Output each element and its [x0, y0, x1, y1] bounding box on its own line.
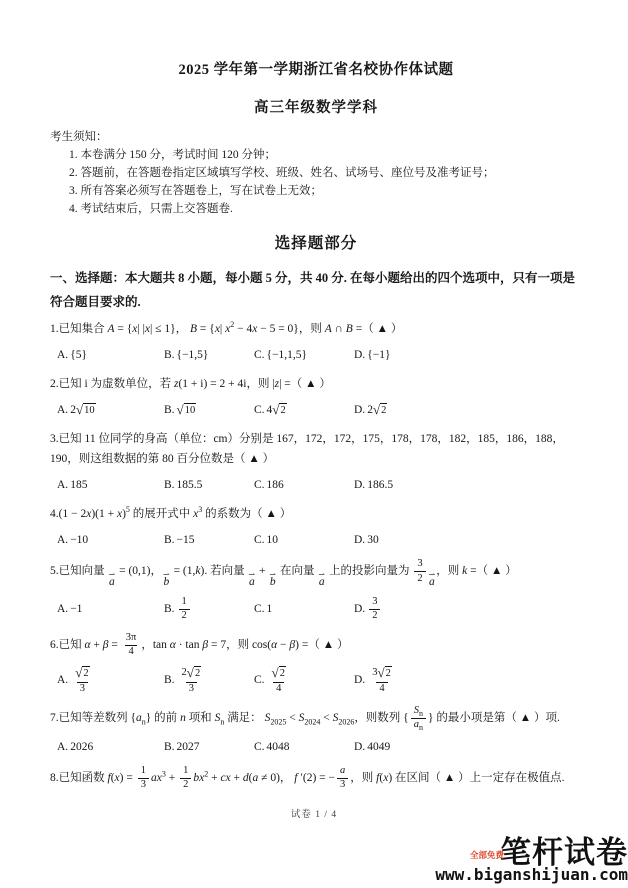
option-label: B.: [164, 741, 175, 753]
vector-symbol: ⇀a: [248, 572, 255, 589]
question-2: 2.已知 i 为虚数单位，若 z(1 + i) = 2 + 4i，则 |z| =…: [50, 374, 582, 418]
fraction: 12: [179, 597, 190, 622]
option-label: A.: [57, 404, 68, 416]
option-label: D.: [354, 741, 365, 753]
question-3-option-C: C.186: [254, 479, 354, 491]
watermark-url: www.biganshijuan.com: [435, 867, 628, 884]
page-content: 2025 学年第一学期浙江省名校协作体试题 高三年级数学学科 考生须知： 1. …: [0, 0, 628, 791]
question-2-option-C: C.4√2: [254, 403, 354, 418]
watermark-tag: 全部免费: [470, 849, 504, 861]
sqrt-expression: √10: [177, 403, 197, 418]
fraction: Snan: [411, 706, 426, 731]
notice-list: 1. 本卷满分 150 分，考试时间 120 分钟；2. 答题前，在答题卷指定区…: [50, 146, 582, 218]
question-4-option-A: A.−10: [57, 534, 164, 546]
option-label: A.: [57, 479, 68, 491]
option-label: A.: [57, 674, 68, 686]
option-label: C.: [254, 741, 265, 753]
question-6-option-A: A.√23: [57, 666, 164, 695]
question-7-option-C: C.4048: [254, 741, 354, 753]
notice-item: 4. 考试结束后，只需上交答题卷.: [50, 200, 582, 218]
question-8-stem: 8.已知函数 f(x) = 13ax3 + 12bx2 + cx + d(a ≠…: [50, 766, 582, 791]
fraction: 32: [414, 559, 425, 584]
option-label: B.: [164, 534, 175, 546]
question-5-option-C: C.1: [254, 603, 354, 615]
question-3: 3.已知 11 位同学的身高（单位：cm）分别是 167，172，172，175…: [50, 429, 582, 493]
option-label: C.: [254, 534, 265, 546]
fraction: 32: [369, 597, 380, 622]
vector-symbol: ⇀a: [318, 572, 325, 589]
watermark-row: 全部免费 笔杆试卷: [435, 839, 628, 868]
fraction: 13: [138, 766, 149, 791]
question-7-option-D: D.4049: [354, 741, 582, 753]
notice-title: 考生须知：: [50, 128, 582, 146]
question-2-option-B: B.√10: [164, 403, 254, 418]
question-8: 8.已知函数 f(x) = 13ax3 + 12bx2 + cx + d(a ≠…: [50, 766, 582, 791]
question-7-options: A.2026B.2027C.4048D.4049: [50, 739, 582, 755]
question-5: 5.已知向量 ⇀a = (0,1)，⇀b = (1,k). 若向量 ⇀a + ⇀…: [50, 559, 582, 622]
option-label: D.: [354, 404, 365, 416]
question-1-option-A: A.{5}: [57, 349, 164, 361]
question-1-option-D: D.{−1}: [354, 349, 582, 361]
option-label: B.: [164, 479, 175, 491]
option-label: A.: [57, 349, 68, 361]
section-title: 选择题部分: [50, 231, 582, 253]
question-7-stem: 7.已知等差数列 {an} 的前 n 项和 Sn 满足： S2025 < S20…: [50, 706, 582, 731]
option-label: A.: [57, 534, 68, 546]
question-3-stem: 3.已知 11 位同学的身高（单位：cm）分别是 167，172，172，175…: [50, 429, 582, 469]
watermark-brand: 笔杆试卷: [500, 839, 628, 868]
question-6-options: A.√23B.2√23C.√24D.3√24: [50, 666, 582, 695]
vector-symbol: ⇀a: [109, 572, 116, 589]
option-label: C.: [254, 603, 265, 615]
option-label: B.: [164, 349, 175, 361]
question-4-option-C: C.10: [254, 534, 354, 546]
question-3-option-A: A.185: [57, 479, 164, 491]
option-label: D.: [354, 534, 365, 546]
option-label: D.: [354, 479, 365, 491]
question-4-option-B: B.−15: [164, 534, 254, 546]
question-6-stem: 6.已知 α + β = 3π4，tan α · tan β = 7，则 cos…: [50, 633, 582, 658]
fraction: 12: [180, 766, 191, 791]
question-4-option-D: D.30: [354, 534, 582, 546]
fraction: 2√23: [179, 666, 205, 695]
question-7-option-B: B.2027: [164, 741, 254, 753]
option-label: B.: [164, 603, 175, 615]
vector-symbol: ⇀a: [429, 572, 436, 589]
fraction: √23: [72, 666, 92, 695]
fraction: 3π4: [123, 633, 140, 658]
vector-symbol: ⇀b: [163, 572, 170, 589]
option-label: B.: [164, 404, 175, 416]
watermark: 全部免费 笔杆试卷 www.biganshijuan.com: [435, 839, 628, 884]
sqrt-expression: √2: [377, 666, 391, 681]
fraction: √24: [269, 666, 289, 695]
sqrt-expression: √2: [187, 666, 201, 681]
question-2-option-D: D.2√2: [354, 403, 582, 418]
question-6-option-B: B.2√23: [164, 666, 254, 695]
option-label: C.: [254, 349, 265, 361]
question-5-option-B: B.12: [164, 597, 254, 622]
notice-item: 1. 本卷满分 150 分，考试时间 120 分钟；: [50, 146, 582, 164]
question-1-options: A.{5}B.{−1,5}C.{−1,1,5}D.{−1}: [50, 347, 582, 363]
exam-title: 2025 学年第一学期浙江省名校协作体试题: [50, 58, 582, 79]
sqrt-expression: √2: [373, 403, 387, 418]
vector-symbol: ⇀b: [269, 572, 276, 589]
question-6-option-C: C.√24: [254, 666, 354, 695]
question-4-options: A.−10B.−15C.10D.30: [50, 532, 582, 548]
question-6: 6.已知 α + β = 3π4，tan α · tan β = 7，则 cos…: [50, 633, 582, 695]
question-1-option-B: B.{−1,5}: [164, 349, 254, 361]
question-2-stem: 2.已知 i 为虚数单位，若 z(1 + i) = 2 + 4i，则 |z| =…: [50, 374, 582, 394]
question-5-stem: 5.已知向量 ⇀a = (0,1)，⇀b = (1,k). 若向量 ⇀a + ⇀…: [50, 559, 582, 589]
notice-item: 3. 所有答案必须写在答题卷上，写在试卷上无效；: [50, 182, 582, 200]
sqrt-expression: √2: [272, 403, 286, 418]
exam-subtitle: 高三年级数学学科: [50, 96, 582, 117]
sqrt-expression: √2: [272, 666, 286, 681]
option-label: C.: [254, 404, 265, 416]
question-4: 4.(1 − 2x)(1 + x)5 的展开式中 x3 的系数为（ ▲ ）A.−…: [50, 504, 582, 548]
question-1-stem: 1.已知集合 A = {x| |x| ≤ 1}， B = {x| x2 − 4x…: [50, 319, 582, 339]
question-5-option-D: D.32: [354, 597, 582, 622]
candidate-notice: 考生须知： 1. 本卷满分 150 分，考试时间 120 分钟；2. 答题前，在…: [50, 128, 582, 218]
question-6-option-D: D.3√24: [354, 666, 582, 695]
question-3-option-B: B.185.5: [164, 479, 254, 491]
option-label: D.: [354, 674, 365, 686]
sqrt-expression: √2: [75, 666, 89, 681]
fraction: a3: [337, 766, 348, 791]
question-2-options: A.2√10B.√10C.4√2D.2√2: [50, 402, 582, 418]
option-label: B.: [164, 674, 175, 686]
option-label: D.: [354, 603, 365, 615]
option-label: C.: [254, 674, 265, 686]
option-label: A.: [57, 603, 68, 615]
fraction: 3√24: [369, 666, 395, 695]
option-label: A.: [57, 741, 68, 753]
option-label: C.: [254, 479, 265, 491]
question-1: 1.已知集合 A = {x| |x| ≤ 1}， B = {x| x2 − 4x…: [50, 319, 582, 363]
notice-item: 2. 答题前，在答题卷指定区域填写学校、班级、姓名、试场号、座位号及准考证号；: [50, 164, 582, 182]
option-label: D.: [354, 349, 365, 361]
question-7-option-A: A.2026: [57, 741, 164, 753]
section-intro: 一、选择题：本大题共 8 小题，每小题 5 分，共 40 分. 在每小题给出的四…: [50, 266, 582, 314]
question-3-option-D: D.186.5: [354, 479, 582, 491]
exam-page: 2025 学年第一学期浙江省名校协作体试题 高三年级数学学科 考生须知： 1. …: [0, 0, 628, 888]
page-number: 试卷 1 / 4: [0, 806, 628, 820]
question-2-option-A: A.2√10: [57, 403, 164, 418]
question-4-stem: 4.(1 − 2x)(1 + x)5 的展开式中 x3 的系数为（ ▲ ）: [50, 504, 582, 524]
question-1-option-C: C.{−1,1,5}: [254, 349, 354, 361]
question-7: 7.已知等差数列 {an} 的前 n 项和 Sn 满足： S2025 < S20…: [50, 706, 582, 755]
question-3-options: A.185B.185.5C.186D.186.5: [50, 477, 582, 493]
question-list: 1.已知集合 A = {x| |x| ≤ 1}， B = {x| x2 − 4x…: [50, 319, 582, 791]
question-5-options: A.−1B.12C.1D.32: [50, 597, 582, 622]
sqrt-expression: √10: [76, 403, 96, 418]
question-5-option-A: A.−1: [57, 603, 164, 615]
